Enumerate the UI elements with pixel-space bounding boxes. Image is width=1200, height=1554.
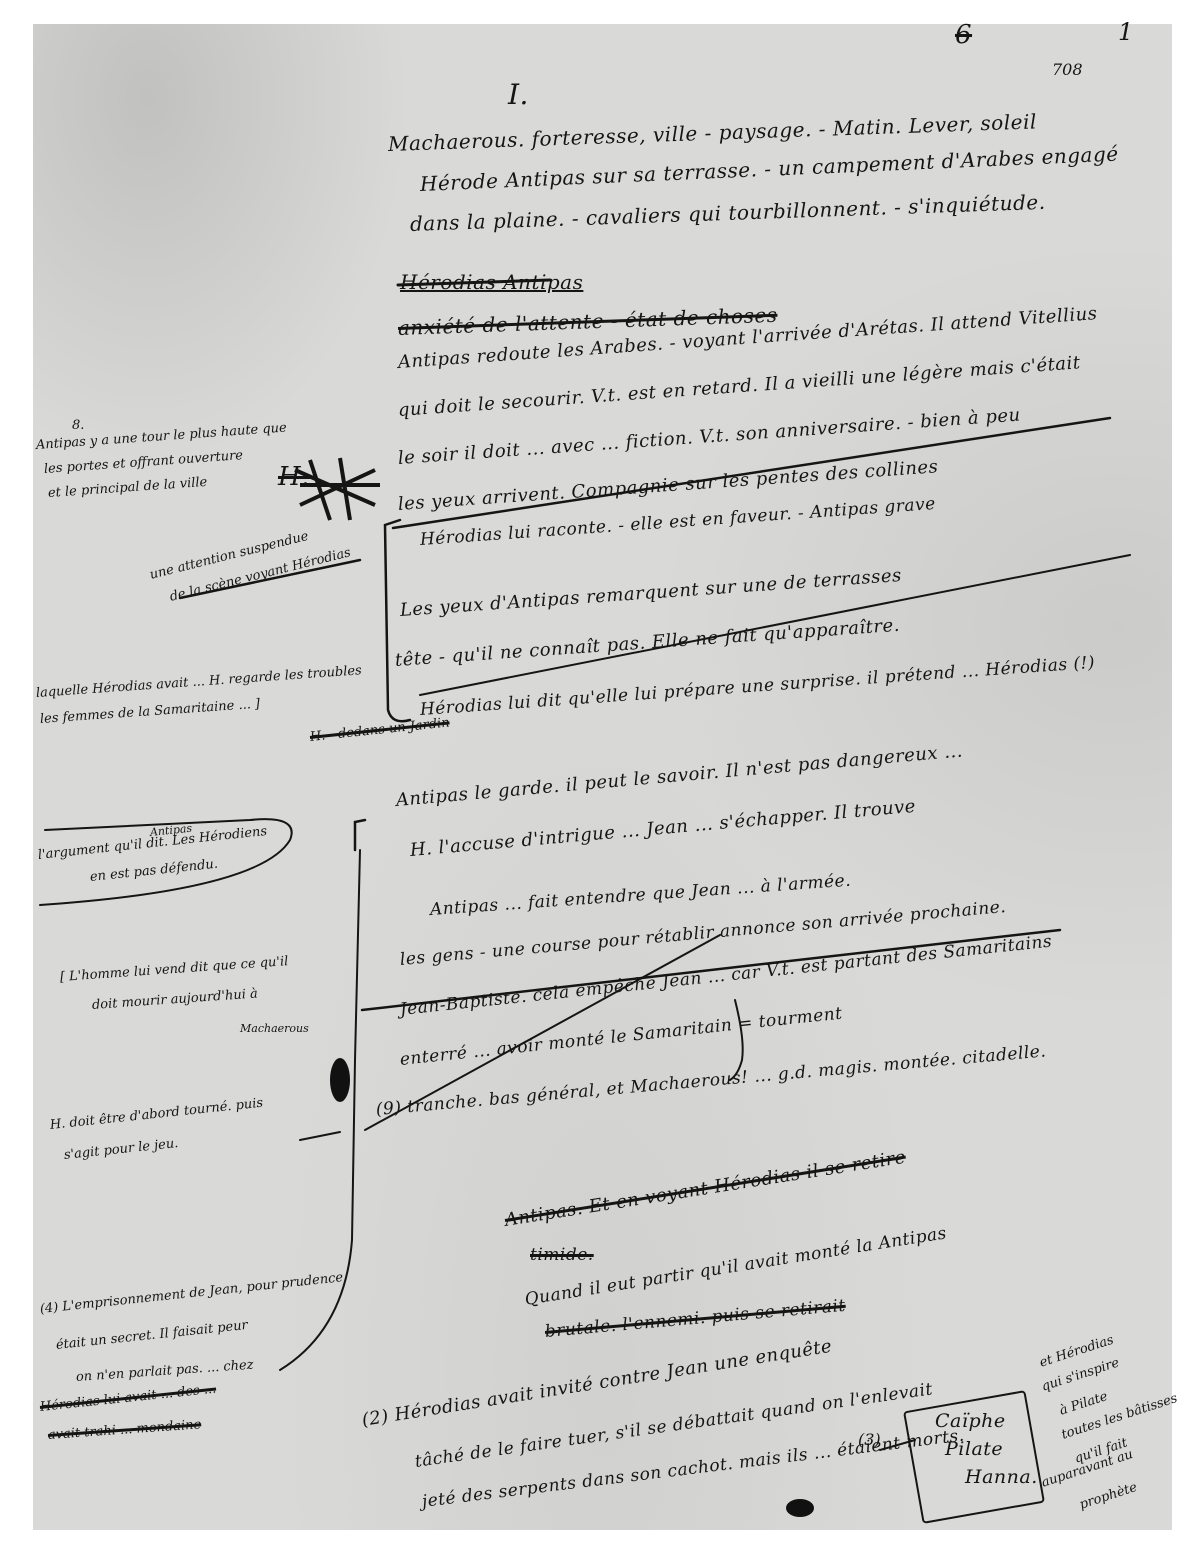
folio-number: 708 [1052,60,1083,79]
margin-note-line: Machaerous [240,1022,309,1035]
margin-note-1-marker: 8. [72,418,84,433]
footnote-marker: (3) [858,1430,881,1449]
boxed-name: Hanna. [965,1466,1038,1488]
corner-mark: 1 [1118,18,1134,46]
struck-folio-mark: 6 [955,20,972,50]
boxed-name: Pilate [945,1438,1003,1460]
struck-mark: H. [278,462,310,492]
main-line: Hérodias Antipas [400,270,583,294]
section-heading: I. [508,78,529,111]
boxed-name: Caïphe [935,1410,1006,1432]
main-line: timide. [530,1245,594,1265]
